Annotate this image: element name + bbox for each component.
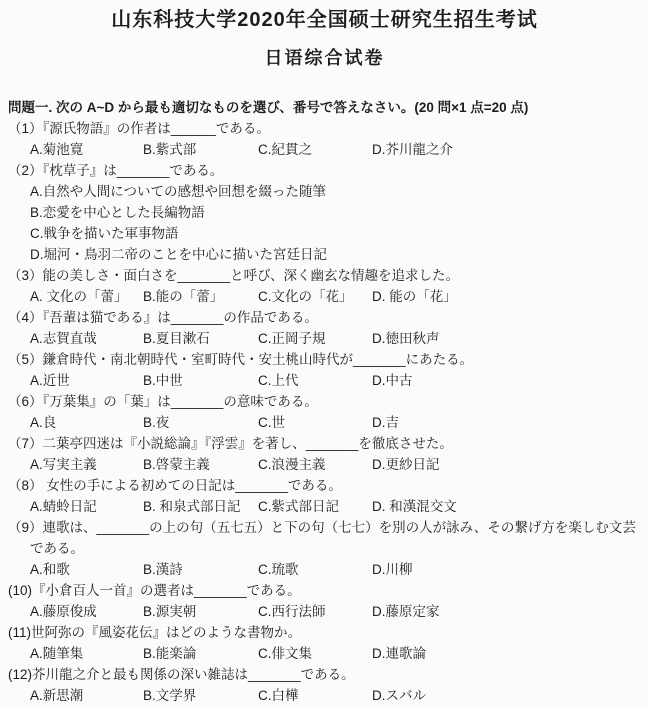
option-b: B.紫式部 xyxy=(143,139,258,160)
question-options: A.志賀直哉 B.夏目漱石 C.正岡子規 D.徳田秋声 xyxy=(8,328,641,349)
question-stem: （3）能の美しさ・面白さを_______と呼び、深く幽玄な情趣を追求した。 xyxy=(8,265,641,286)
question-number: (11) xyxy=(8,625,31,640)
question-text: 世阿弥の『風姿花伝』はどのような書物か。 xyxy=(31,625,301,640)
exam-subtitle: 日语综合试卷 xyxy=(8,47,641,69)
option-b: B.漢詩 xyxy=(143,559,258,580)
question-7: （7）二葉亭四迷は『小説総論』『浮雲』を著し、_______を徹底させた。 A.… xyxy=(8,433,641,475)
question-12: (12)芥川龍之介と最も関係の深い雑誌は_______である。 A.新思潮 B.… xyxy=(8,664,641,706)
question-options: A.写実主義 B.啓蒙主義 C.浪漫主義 D.更紗日記 xyxy=(8,454,641,475)
question-4: （4）『吾輩は猫である』は_______の作品である。 A.志賀直哉 B.夏目漱… xyxy=(8,307,641,349)
option-d: D.連歌論 xyxy=(372,643,641,664)
question-number: （7） xyxy=(8,436,43,451)
option-a: A.藤原俊成 xyxy=(30,601,143,622)
question-text: 女性の手による初めての日記は_______である。 xyxy=(43,478,342,493)
option-c: C.琉歌 xyxy=(258,559,372,580)
option-c: C.世 xyxy=(258,412,372,433)
option-d: D.徳田秋声 xyxy=(372,328,641,349)
option-a: A.志賀直哉 xyxy=(30,328,143,349)
question-options: A.良 B.夜 C.世 D.吉 xyxy=(8,412,641,433)
option-a: A.新思潮 xyxy=(30,685,143,706)
question-number: （6） xyxy=(8,394,43,409)
question-number: （9） xyxy=(8,520,43,535)
option-b: B.啓蒙主義 xyxy=(143,454,258,475)
option-b: B. 和泉式部日記 xyxy=(143,496,258,517)
question-11: (11)世阿弥の『風姿花伝』はどのような書物か。 A.随筆集 B.能楽論 C.俳… xyxy=(8,622,641,664)
question-options: A. 文化の「蕾」 B.能の「蕾」 C.文化の「花」 D. 能の「花」 xyxy=(8,286,641,307)
question-8: （8） 女性の手による初めての日記は_______である。 A.蜻蛉日記 B. … xyxy=(8,475,641,517)
question-number: （1） xyxy=(8,121,43,136)
question-text: 『源氏物語』の作者は______である。 xyxy=(43,121,270,136)
question-stem: (11)世阿弥の『風姿花伝』はどのような書物か。 xyxy=(8,622,641,643)
option-a: A.良 xyxy=(30,412,143,433)
question-stem: （5）鎌倉時代・南北朝時代・室町時代・安土桃山時代が_______にあたる。 xyxy=(8,349,641,370)
option-d: D.堀河・鳥羽二帝のことを中心に描いた宮廷日記 xyxy=(30,244,641,265)
option-c: C.西行法師 xyxy=(258,601,372,622)
question-text: 『小倉百人一首』の選者は_______である。 xyxy=(32,583,301,598)
option-c: C.戦争を描いた軍事物語 xyxy=(30,223,641,244)
question-3: （3）能の美しさ・面白さを_______と呼び、深く幽玄な情趣を追求した。 A.… xyxy=(8,265,641,307)
option-b: B.夏目漱石 xyxy=(143,328,258,349)
question-options: A.和歌 B.漢詩 C.琉歌 D.川柳 xyxy=(8,559,641,580)
question-2: （2）『枕草子』は_______である。 A.自然や人間についての感想や回想を綴… xyxy=(8,160,641,265)
question-text: 鎌倉時代・南北朝時代・室町時代・安土桃山時代が_______にあたる。 xyxy=(43,352,474,367)
question-options: A.菊池寛 B.紫式部 C.紀貫之 D.芥川龍之介 xyxy=(8,139,641,160)
question-stem: （9）連歌は、_______の上の句（五七五）と下の句（七七）を別の人が詠み、そ… xyxy=(8,517,641,559)
option-d: D.更紗日記 xyxy=(372,454,641,475)
option-d: D.藤原定家 xyxy=(372,601,641,622)
option-d: D. 能の「花」 xyxy=(372,286,641,307)
question-text: 二葉亭四迷は『小説総論』『浮雲』を著し、_______を徹底させた。 xyxy=(43,436,453,451)
option-c: C.文化の「花」 xyxy=(258,286,372,307)
option-b: B.能楽論 xyxy=(143,643,258,664)
question-text: 『吾輩は猫である』は_______の作品である。 xyxy=(43,310,318,325)
exam-title: 山东科技大学2020年全国硕士研究生招生考试 xyxy=(8,8,641,32)
question-6: （6）『万葉集』の「葉」は_______の意味である。 A.良 B.夜 C.世 … xyxy=(8,391,641,433)
option-c: C.紫式部日記 xyxy=(258,496,372,517)
option-c: C.浪漫主義 xyxy=(258,454,372,475)
question-text: 能の美しさ・面白さを_______と呼び、深く幽玄な情趣を追求した。 xyxy=(43,268,460,283)
option-a: A.自然や人間についての感想や回想を綴った随筆 xyxy=(30,181,641,202)
question-1: （1）『源氏物語』の作者は______である。 A.菊池寛 B.紫式部 C.紀貫… xyxy=(8,118,641,160)
question-options: A.自然や人間についての感想や回想を綴った随筆 B.恋愛を中心とした長編物語 C… xyxy=(8,181,641,265)
question-10: (10)『小倉百人一首』の選者は_______である。 A.藤原俊成 B.源実朝… xyxy=(8,580,641,622)
option-c: C.俳文集 xyxy=(258,643,372,664)
option-d: D.川柳 xyxy=(372,559,641,580)
question-text: 芥川龍之介と最も関係の深い雑誌は_______である。 xyxy=(32,667,355,682)
option-d: D.吉 xyxy=(372,412,641,433)
option-b: B.恋愛を中心とした長編物語 xyxy=(30,202,641,223)
question-options: A.近世 B.中世 C.上代 D.中古 xyxy=(8,370,641,391)
option-b: B.中世 xyxy=(143,370,258,391)
option-a: A.菊池寛 xyxy=(30,139,143,160)
option-c: C.上代 xyxy=(258,370,372,391)
question-stem: （7）二葉亭四迷は『小説総論』『浮雲』を著し、_______を徹底させた。 xyxy=(8,433,641,454)
option-d: D. 和漢混交文 xyxy=(372,496,641,517)
question-text: 『枕草子』は_______である。 xyxy=(43,163,224,178)
question-stem: (12)芥川龍之介と最も関係の深い雑誌は_______である。 xyxy=(8,664,641,685)
option-c: C.白樺 xyxy=(258,685,372,706)
question-number: (10) xyxy=(8,583,32,598)
question-options: A.新思潮 B.文学界 C.白樺 D.スバル xyxy=(8,685,641,706)
option-b: B.文学界 xyxy=(143,685,258,706)
option-b: B.夜 xyxy=(143,412,258,433)
option-d: D.中古 xyxy=(372,370,641,391)
option-b: B.能の「蕾」 xyxy=(143,286,258,307)
question-options: A.藤原俊成 B.源実朝 C.西行法師 D.藤原定家 xyxy=(8,601,641,622)
question-stem: （4）『吾輩は猫である』は_______の作品である。 xyxy=(8,307,641,328)
option-a: A.写実主義 xyxy=(30,454,143,475)
question-stem: （8） 女性の手による初めての日記は_______である。 xyxy=(8,475,641,496)
option-b: B.源実朝 xyxy=(143,601,258,622)
question-stem: （1）『源氏物語』の作者は______である。 xyxy=(8,118,641,139)
question-options: A.蜻蛉日記 B. 和泉式部日記 C.紫式部日記 D. 和漢混交文 xyxy=(8,496,641,517)
question-text: 『万葉集』の「葉」は_______の意味である。 xyxy=(43,394,318,409)
option-a: A.蜻蛉日記 xyxy=(30,496,143,517)
question-options: A.随筆集 B.能楽論 C.俳文集 D.連歌論 xyxy=(8,643,641,664)
option-a: A.近世 xyxy=(30,370,143,391)
option-c: C.正岡子規 xyxy=(258,328,372,349)
question-5: （5）鎌倉時代・南北朝時代・室町時代・安土桃山時代が_______にあたる。 A… xyxy=(8,349,641,391)
question-number: （2） xyxy=(8,163,43,178)
question-number: （4） xyxy=(8,310,43,325)
question-stem: (10)『小倉百人一首』の選者は_______である。 xyxy=(8,580,641,601)
option-a: A.和歌 xyxy=(30,559,143,580)
question-9: （9）連歌は、_______の上の句（五七五）と下の句（七七）を別の人が詠み、そ… xyxy=(8,517,641,580)
option-a: A.随筆集 xyxy=(30,643,143,664)
question-number: (12) xyxy=(8,667,32,682)
section-one-instructions: 問題一. 次の A~D から最も適切なものを選び、番号で答えなさい。(20 問×… xyxy=(8,97,641,118)
exam-paper-page: 山东科技大学2020年全国硕士研究生招生考试 日语综合试卷 問題一. 次の A~… xyxy=(0,0,649,709)
question-number: （3） xyxy=(8,268,43,283)
question-number: （5） xyxy=(8,352,43,367)
option-d: D.芥川龍之介 xyxy=(372,139,641,160)
question-text: 連歌は、_______の上の句（五七五）と下の句（七七）を別の人が詠み、その繋げ… xyxy=(30,520,636,556)
question-stem: （6）『万葉集』の「葉」は_______の意味である。 xyxy=(8,391,641,412)
question-stem: （2）『枕草子』は_______である。 xyxy=(8,160,641,181)
option-a: A. 文化の「蕾」 xyxy=(30,286,143,307)
option-d: D.スバル xyxy=(372,685,641,706)
option-c: C.紀貫之 xyxy=(258,139,372,160)
question-number: （8） xyxy=(8,478,43,493)
